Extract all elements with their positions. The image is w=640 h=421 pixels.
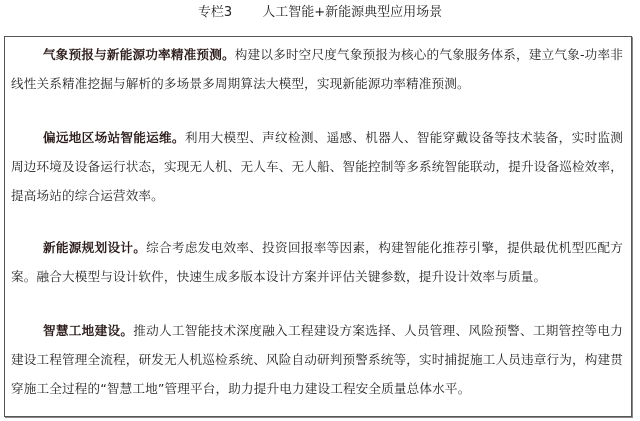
section-heading: 偏远地区场站智能运维。 bbox=[43, 130, 185, 145]
section-remote-station-maintenance: 偏远地区场站智能运维。利用大模型、声纹检测、遥感、机器人、智能穿戴设备等技术装备… bbox=[11, 123, 623, 210]
content-box: 气象预报与新能源功率精准预测。构建以多时空尺度气象预报为核心的气象服务体系，建立… bbox=[4, 36, 632, 417]
column-title: 专栏3 人工智能+新能源典型应用场景 bbox=[0, 4, 640, 22]
section-heading: 智慧工地建设。 bbox=[43, 323, 133, 338]
section-planning-design: 新能源规划设计。综合考虑发电效率、投资回报率等因素，构建智能化推荐引擎，提供最优… bbox=[11, 233, 623, 291]
column-number: 专栏3 bbox=[198, 5, 232, 20]
section-heading: 气象预报与新能源功率精准预测。 bbox=[43, 47, 235, 62]
column-title-text: 人工智能+新能源典型应用场景 bbox=[262, 5, 442, 20]
section-heading: 新能源规划设计。 bbox=[43, 240, 146, 255]
section-weather-forecast: 气象预报与新能源功率精准预测。构建以多时空尺度气象预报为核心的气象服务体系，建立… bbox=[11, 40, 623, 98]
section-smart-construction-site: 智慧工地建设。推动人工智能技术深度融入工程建设方案选择、人员管理、风险预警、工期… bbox=[11, 316, 623, 403]
